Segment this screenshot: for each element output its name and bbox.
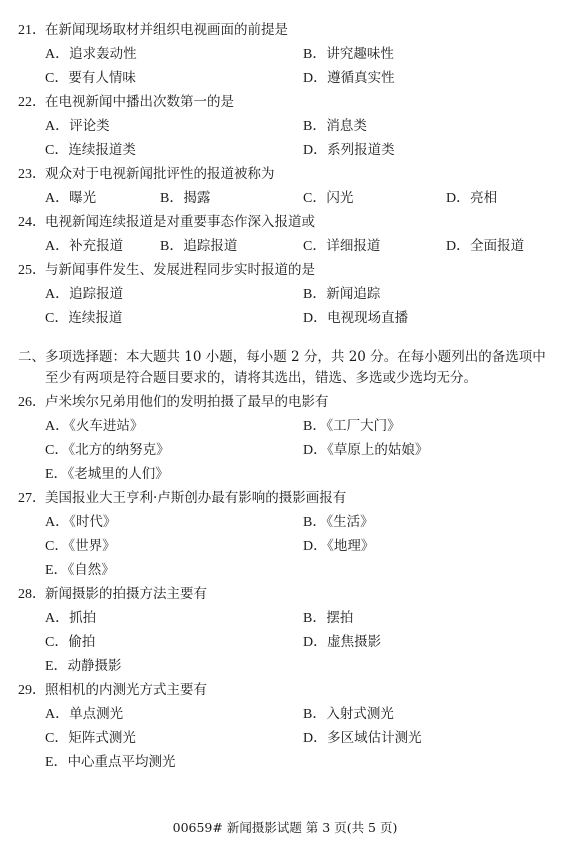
question-number: 21．: [18, 19, 45, 43]
option-d: D．遵循真实性: [303, 66, 395, 91]
option-a: A．《火车进站》: [45, 414, 143, 439]
option-c: C．要有人情味: [45, 66, 136, 91]
options-21: A．追求轰动性 B．讲究趣味性: [0, 42, 570, 66]
question-text: 在新闻现场取材并组织电视画面的前提是: [45, 22, 288, 38]
option-b: B．追踪报道: [160, 234, 237, 259]
option-c: C．《世界》: [45, 534, 116, 559]
question-text: 与新闻事件发生、发展进程同步实时报道的是: [45, 262, 315, 278]
section-instructions: 至少有两项是符合题目要求的，请将其选出，错选、多选或少选均无分。: [45, 366, 477, 390]
options-29-row3: E．中心重点平均测光: [0, 750, 570, 774]
option-b: B．入射式测光: [303, 702, 394, 727]
question-21: 21．在新闻现场取材并组织电视画面的前提是: [18, 18, 288, 42]
option-c: C．连续报道: [45, 306, 122, 331]
options-27-row2: C．《世界》 D．《地理》: [0, 534, 570, 558]
option-d: D．电视现场直播: [303, 306, 408, 331]
question-number: 22．: [18, 91, 45, 115]
options-29: A．单点测光 B．入射式测光: [0, 702, 570, 726]
option-a: A．抓拍: [45, 606, 96, 631]
option-d: D．《地理》: [303, 534, 374, 559]
question-26: 26．卢米埃尔兄弟用他们的发明拍摄了最早的电影有: [18, 390, 329, 414]
question-number: 25．: [18, 259, 45, 283]
option-a: A．评论类: [45, 114, 110, 139]
question-27: 27．美国报业大王亨利·卢斯创办最有影响的摄影画报有: [18, 486, 346, 510]
question-28: 28．新闻摄影的拍摄方法主要有: [18, 582, 207, 606]
option-e: E．动静摄影: [45, 654, 122, 679]
option-e: E．《老城里的人们》: [45, 462, 169, 487]
options-25: A．追踪报道 B．新闻追踪: [0, 282, 570, 306]
options-26: A．《火车进站》 B．《工厂大门》: [0, 414, 570, 438]
options-28: A．抓拍 B．摆拍: [0, 606, 570, 630]
option-b: B．《生活》: [303, 510, 374, 535]
option-c: C．详细报道: [303, 234, 380, 259]
option-b: B．新闻追踪: [303, 282, 380, 307]
question-number: 24．: [18, 211, 45, 235]
question-number: 28．: [18, 583, 45, 607]
question-24: 24．电视新闻连续报道是对重要事态作深入报道或: [18, 210, 315, 234]
option-b: B．讲究趣味性: [303, 42, 394, 67]
question-text: 卢米埃尔兄弟用他们的发明拍摄了最早的电影有: [45, 394, 329, 410]
option-e: E．《自然》: [45, 558, 115, 583]
options-27-row3: E．《自然》: [0, 558, 570, 582]
options-22: A．评论类 B．消息类: [0, 114, 570, 138]
option-b: B．消息类: [303, 114, 367, 139]
option-b: B．揭露: [160, 186, 210, 211]
option-a: A．单点测光: [45, 702, 123, 727]
options-27: A．《时代》 B．《生活》: [0, 510, 570, 534]
option-a: A．曝光: [45, 186, 96, 211]
options-26-row2: C．《北方的纳努克》 D．《草原上的姑娘》: [0, 438, 570, 462]
option-a: A．追踪报道: [45, 282, 123, 307]
option-c: C．闪光: [303, 186, 353, 211]
question-text: 电视新闻连续报道是对重要事态作深入报道或: [45, 214, 315, 230]
option-a: A．《时代》: [45, 510, 116, 535]
option-d: D．系列报道类: [303, 138, 395, 163]
options-28-row2: C．偷拍 D．虚焦摄影: [0, 630, 570, 654]
question-text: 在电视新闻中播出次数第一的是: [45, 94, 234, 110]
question-number: 26．: [18, 391, 45, 415]
question-text: 观众对于电视新闻批评性的报道被称为: [45, 166, 275, 182]
options-29-row2: C．矩阵式测光 D．多区域估计测光: [0, 726, 570, 750]
options-28-row3: E．动静摄影: [0, 654, 570, 678]
question-number: 27．: [18, 487, 45, 511]
question-23: 23．观众对于电视新闻批评性的报道被称为: [18, 162, 275, 186]
option-a: A．追求轰动性: [45, 42, 137, 67]
option-d: D．多区域估计测光: [303, 726, 422, 751]
options-23: A．曝光 B．揭露 C．闪光 D．亮相: [0, 186, 570, 210]
options-25-row2: C．连续报道 D．电视现场直播: [0, 306, 570, 330]
option-d: D．虚焦摄影: [303, 630, 381, 655]
question-number: 23．: [18, 163, 45, 187]
option-d: D．全面报道: [446, 234, 524, 259]
question-text: 照相机的内测光方式主要有: [45, 682, 207, 698]
question-29: 29．照相机的内测光方式主要有: [18, 678, 207, 702]
option-c: C．连续报道类: [45, 138, 136, 163]
question-number: 29．: [18, 679, 45, 703]
options-22-row2: C．连续报道类 D．系列报道类: [0, 138, 570, 162]
option-c: C．偷拍: [45, 630, 95, 655]
options-24: A．补充报道 B．追踪报道 C．详细报道 D．全面报道: [0, 234, 570, 258]
question-25: 25．与新闻事件发生、发展进程同步实时报道的是: [18, 258, 315, 282]
question-text: 美国报业大王亨利·卢斯创办最有影响的摄影画报有: [45, 490, 346, 506]
question-22: 22．在电视新闻中播出次数第一的是: [18, 90, 234, 114]
options-21-row2: C．要有人情味 D．遵循真实性: [0, 66, 570, 90]
option-d: D．《草原上的姑娘》: [303, 438, 428, 463]
option-a: A．补充报道: [45, 234, 123, 259]
option-e: E．中心重点平均测光: [45, 750, 176, 775]
page-footer: 00659# 新闻摄影试题 第 3 页(共 5 页): [0, 818, 570, 836]
options-26-row3: E．《老城里的人们》: [0, 462, 570, 486]
option-d: D．亮相: [446, 186, 497, 211]
option-c: C．矩阵式测光: [45, 726, 136, 751]
option-b: B．摆拍: [303, 606, 353, 631]
question-text: 新闻摄影的拍摄方法主要有: [45, 586, 207, 602]
option-b: B．《工厂大门》: [303, 414, 401, 439]
option-c: C．《北方的纳努克》: [45, 438, 170, 463]
